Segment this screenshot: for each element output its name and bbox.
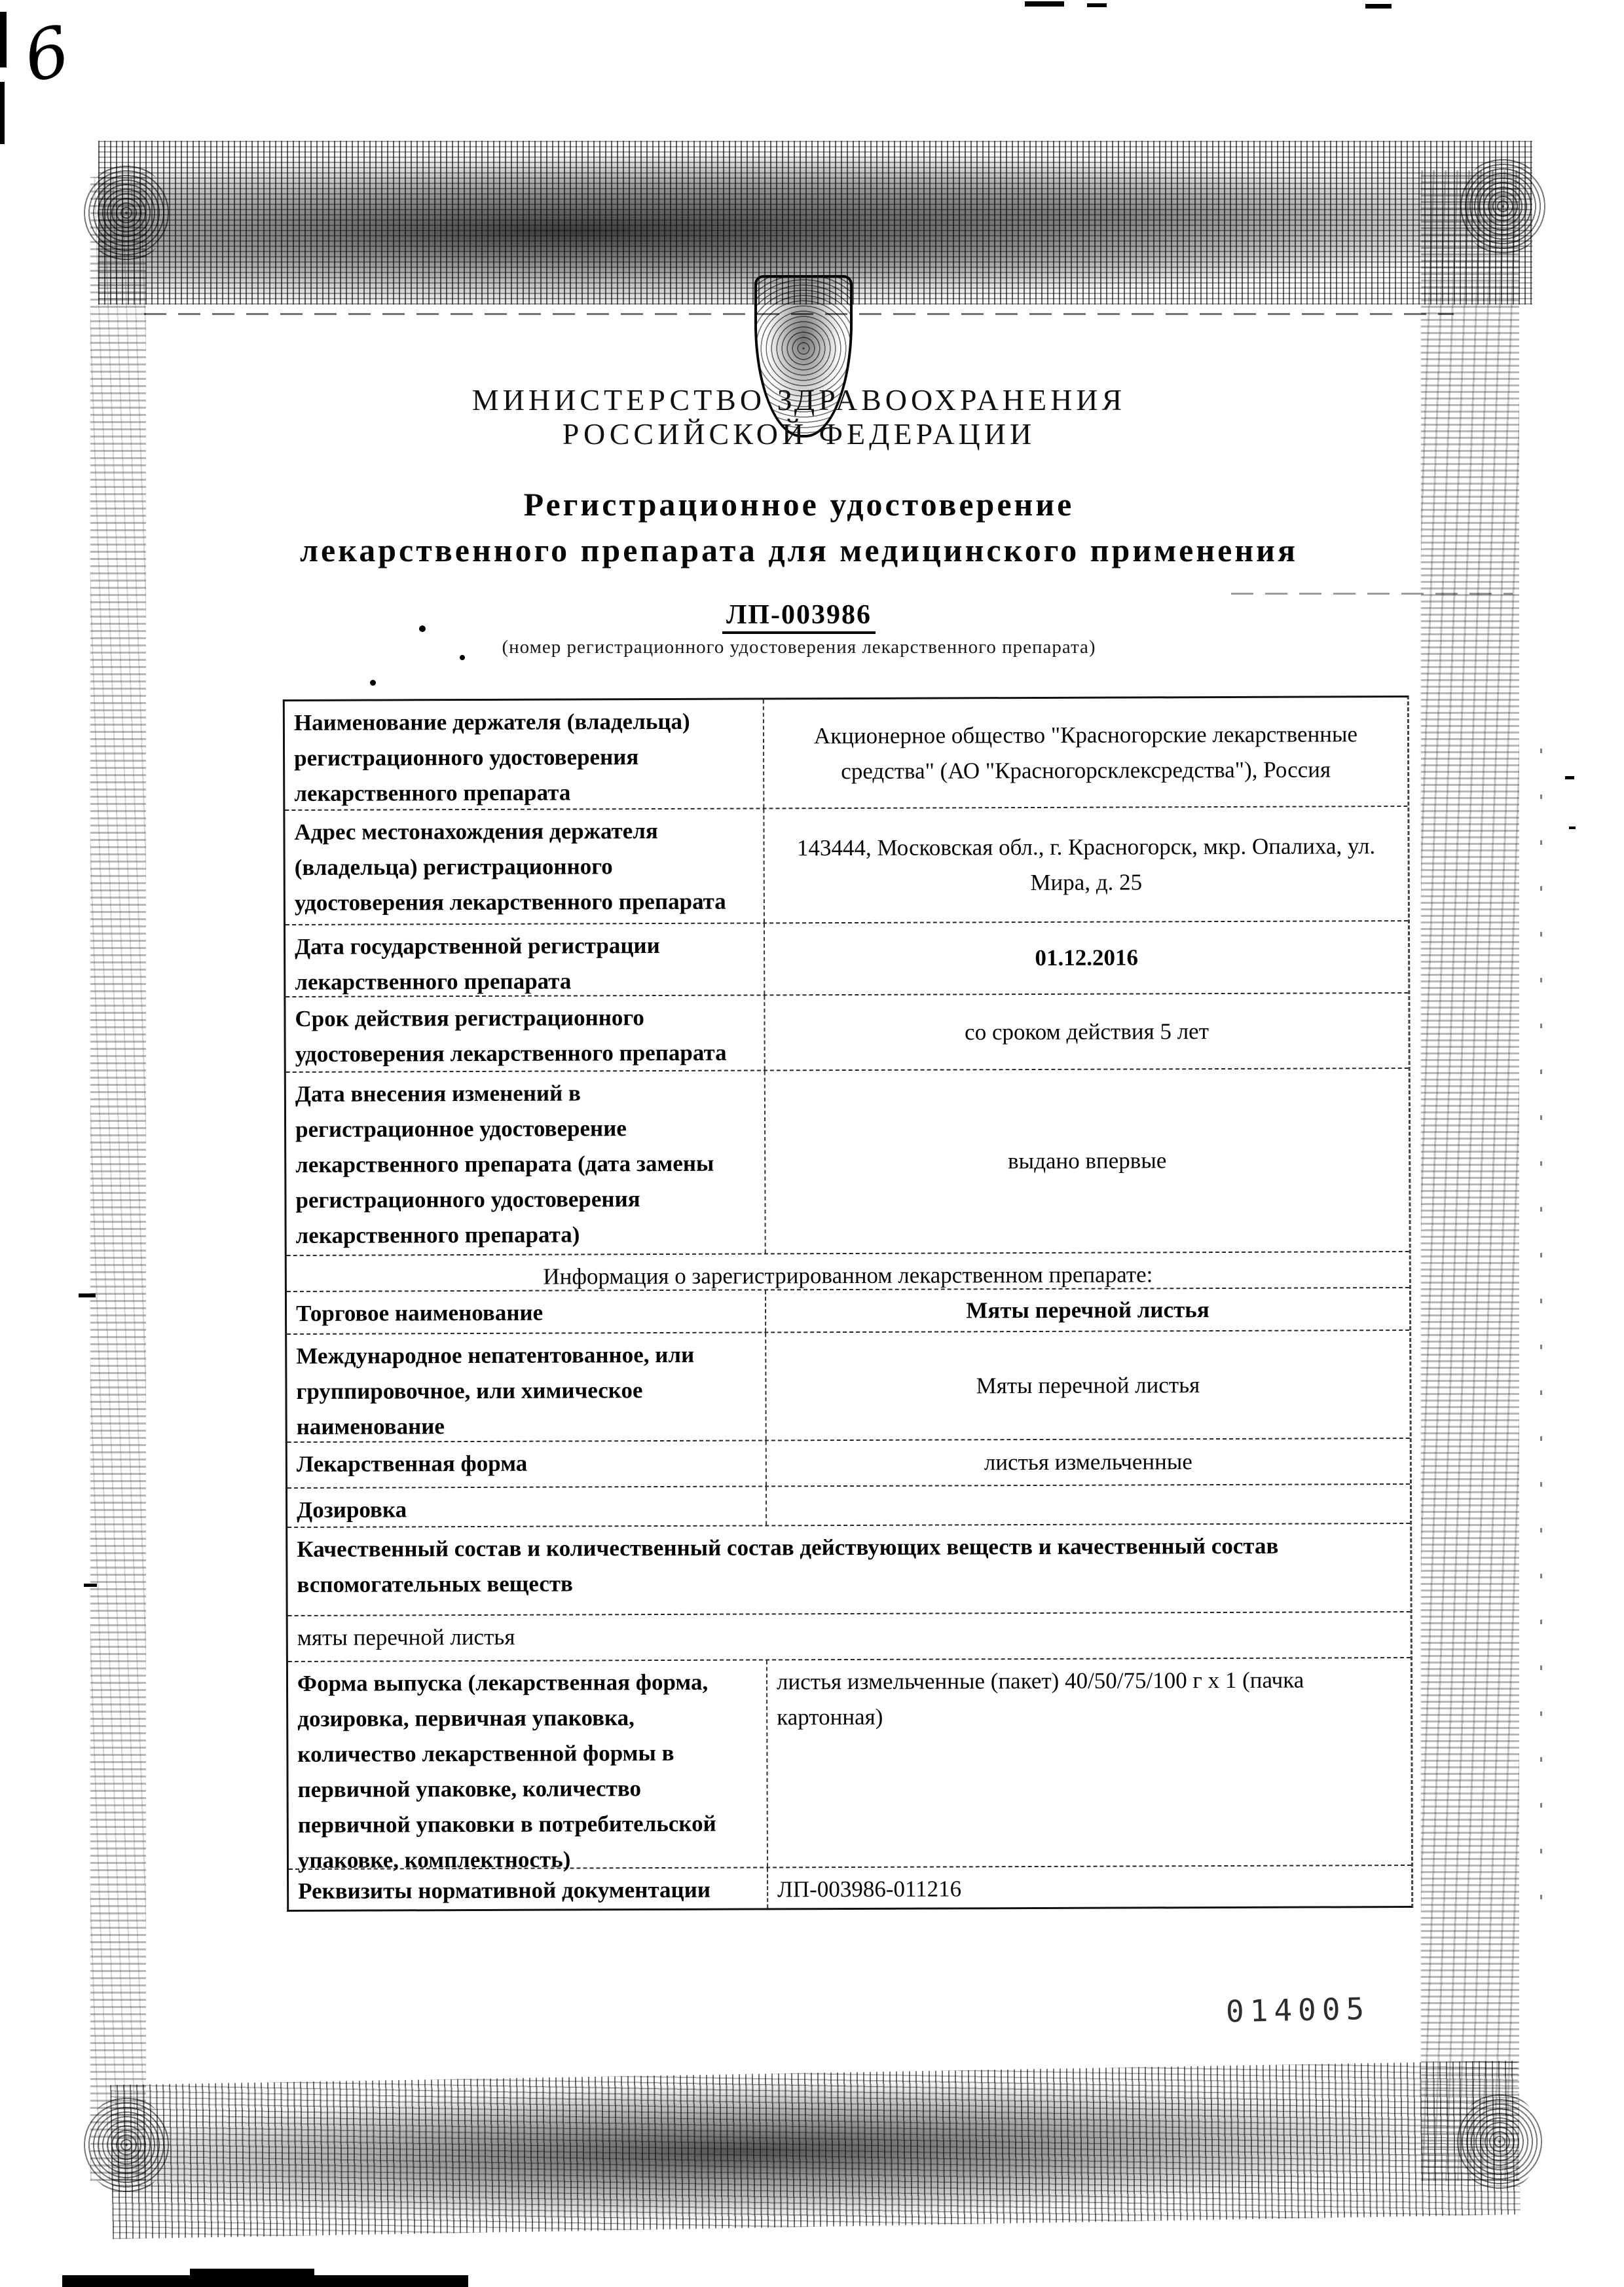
- row-value: Мяты перечной листья: [765, 1331, 1410, 1440]
- row-label: Адрес местонахождения держателя (владель…: [285, 809, 764, 924]
- row-label: Наименование держателя (владельца) регис…: [285, 699, 764, 809]
- row-value: Мяты перечной листья: [765, 1288, 1409, 1331]
- row-label: Срок действия регистрационного удостовер…: [286, 995, 764, 1071]
- guilloche-border-bottom: [110, 2060, 1521, 2239]
- guilloche-border-right: [1421, 170, 1519, 2181]
- ministry-name: МИНИСТЕРСТВО ЗДРАВООХРАНЕНИЯ РОССИЙСКОЙ …: [183, 383, 1414, 451]
- ink-speck: [1087, 3, 1107, 7]
- ink-speck: [1025, 1, 1064, 7]
- scanner-edge-artifact: [0, 12, 7, 67]
- table-section-header-row: Информация о зарегистрированном лекарств…: [287, 1251, 1409, 1291]
- ink-speck: [79, 1293, 96, 1297]
- ink-speck: [1569, 827, 1576, 829]
- table-row: Международное непатентованное, или групп…: [287, 1329, 1410, 1441]
- scanner-edge-artifact: [190, 2269, 314, 2275]
- faint-dash-rule: [1231, 593, 1513, 595]
- row-value: выдано впервые: [764, 1069, 1409, 1253]
- certificate-number-caption: (номер регистрационного удостоверения ле…: [183, 637, 1414, 658]
- registration-table: Наименование держателя (владельца) регис…: [283, 696, 1413, 1912]
- row-value: со сроком действия 5 лет: [764, 994, 1408, 1069]
- row-label: Качественный состав и количественный сос…: [287, 1524, 1410, 1615]
- ink-speck: [370, 680, 376, 686]
- margin-tick-column: [1540, 720, 1542, 1899]
- table-row: Форма выпуска (лекарственная форма, дози…: [288, 1657, 1411, 1869]
- table-row: Наименование держателя (владельца) регис…: [285, 697, 1408, 809]
- table-row: Реквизиты нормативной документации ЛП-00…: [289, 1865, 1411, 1910]
- row-label: Международное непатентованное, или групп…: [287, 1333, 766, 1441]
- row-value: [766, 1485, 1410, 1525]
- table-row: Дозировка: [287, 1483, 1410, 1527]
- corner-ornament-bottom-right: [1457, 2092, 1542, 2191]
- row-value: листья измельченные: [766, 1439, 1410, 1485]
- scanner-edge-artifact: [0, 82, 5, 144]
- ministry-line1: МИНИСТЕРСТВО ЗДРАВООХРАНЕНИЯ: [183, 383, 1414, 417]
- row-value: ЛП-003986-011216: [767, 1866, 1411, 1908]
- control-stamp-number: 014005: [1225, 1991, 1370, 2030]
- row-label: Форма выпуска (лекарственная форма, дози…: [288, 1660, 767, 1869]
- row-label: Лекарственная форма: [287, 1441, 766, 1487]
- row-label: мяты перечной листья: [288, 1612, 1411, 1661]
- certificate-number: ЛП-003986: [183, 599, 1414, 631]
- guilloche-border-left: [90, 177, 146, 2181]
- table-row: Лекарственная форма листья измельченные: [287, 1438, 1410, 1487]
- ink-speck: [84, 1584, 97, 1587]
- corner-ornament-top-left: [84, 164, 169, 262]
- handwritten-page-number: 6: [17, 10, 77, 98]
- certificate-number-text: ЛП-003986: [722, 600, 876, 634]
- row-value: 01.12.2016: [764, 921, 1408, 994]
- ink-speck: [419, 625, 426, 632]
- corner-ornament-bottom-left: [84, 2096, 169, 2194]
- scanner-edge-artifact: [62, 2275, 468, 2287]
- table-row: Адрес местонахождения держателя (владель…: [285, 806, 1408, 924]
- row-label: Торговое наименование: [287, 1290, 765, 1333]
- ministry-line2: РОССИЙСКОЙ ФЕДЕРАЦИИ: [183, 417, 1414, 451]
- title-line2: лекарственного препарата для медицинског…: [183, 527, 1414, 573]
- table-row: Дата государственной регистрации лекарст…: [286, 920, 1408, 996]
- row-label: Реквизиты нормативной документации: [289, 1868, 767, 1910]
- row-value: Акционерное общество "Красногорские лека…: [763, 697, 1408, 808]
- table-row: Срок действия регистрационного удостовер…: [286, 992, 1408, 1071]
- table-span-row: мяты перечной листья: [288, 1611, 1411, 1661]
- document-title: Регистрационное удостоверение лекарствен…: [183, 481, 1414, 573]
- row-label: Дата внесения изменений в регистрационно…: [286, 1071, 765, 1255]
- scanned-certificate-page: 6 МИНИСТЕРСТВО ЗДРАВООХРАНЕНИЯ РОССИЙСКО…: [0, 0, 1624, 2287]
- table-span-row: Качественный состав и количественный сос…: [287, 1523, 1410, 1615]
- row-label: Дозировка: [287, 1487, 766, 1527]
- table-row: Дата внесения изменений в регистрационно…: [286, 1068, 1409, 1255]
- section-header: Информация о зарегистрированном лекарств…: [287, 1252, 1409, 1291]
- ink-speck: [460, 655, 465, 660]
- corner-ornament-top-right: [1460, 157, 1545, 255]
- title-line1: Регистрационное удостоверение: [183, 481, 1414, 527]
- ink-speck: [1565, 776, 1574, 779]
- table-row: Торговое наименование Мяты перечной лист…: [287, 1287, 1409, 1333]
- row-value: 143444, Московская обл., г. Красногорск,…: [763, 807, 1408, 922]
- row-value: листья измельченные (пакет) 40/50/75/100…: [766, 1658, 1411, 1867]
- ink-speck: [1365, 4, 1392, 9]
- row-label: Дата государственной регистрации лекарст…: [286, 923, 764, 996]
